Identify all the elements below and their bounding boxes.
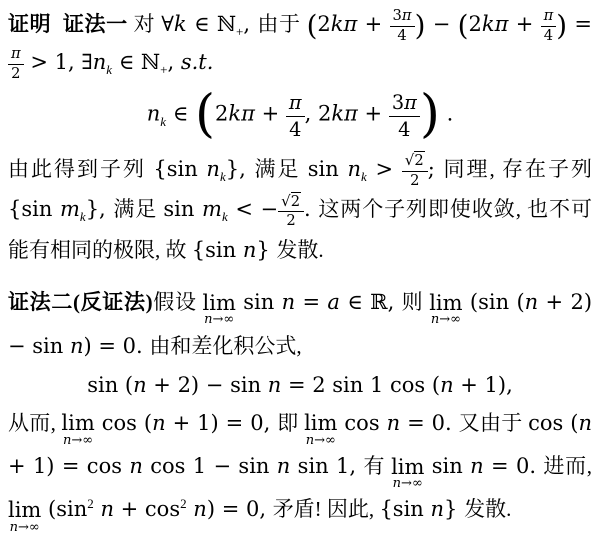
cjk-text: 有 [363, 454, 391, 478]
cjk-text: 假设 [153, 290, 203, 314]
math-text: ∈ [166, 102, 195, 126]
math-text: + [508, 12, 540, 36]
math-text: = 2 sin 1 cos ( [281, 373, 440, 397]
math-text: + 2) − sin [147, 373, 268, 397]
math-text: cos ( [95, 411, 152, 435]
math-variable: π [404, 91, 417, 114]
cjk-text: 满足 [254, 157, 307, 181]
limit-word: lim [429, 292, 462, 315]
math-text: {sin [379, 497, 430, 521]
cjk-text: 从而, [8, 411, 61, 435]
math-text: 2 [317, 12, 330, 36]
math-text: > [367, 157, 402, 181]
fraction: 3π4 [390, 7, 415, 45]
cjk-text: 同理, 存在子列 [443, 157, 592, 181]
math-text: sin ( [87, 373, 133, 397]
right-paren: ) [415, 9, 426, 42]
math-text: = [295, 290, 327, 314]
fraction-denominator: 2 [402, 172, 428, 190]
fraction-denominator: 2 [8, 65, 24, 83]
math-variable: n [525, 290, 539, 314]
limit-operator: limn→∞ [8, 499, 41, 534]
limit-word: lim [203, 292, 236, 315]
cjk-text: 又由于 [459, 411, 528, 435]
math-text: = [567, 12, 592, 36]
left-paren: ( [458, 9, 469, 42]
math-variable: n [206, 157, 220, 181]
math-text: > 1, ∃ [24, 50, 93, 74]
math-text: . [304, 197, 318, 221]
fraction: π2 [8, 45, 24, 83]
math-variable: π [289, 91, 302, 114]
fraction: √22 [278, 192, 304, 231]
method2-label: 证法二(反证法) [8, 290, 153, 314]
math-variable: a [327, 290, 340, 314]
math-text: {sin [8, 197, 60, 221]
math-text: . [440, 102, 453, 126]
math-variable: kπ [331, 12, 358, 36]
math-text: sin [308, 157, 348, 181]
fraction-denominator: 4 [286, 117, 305, 142]
math-text: (sin [41, 497, 87, 521]
math-variable: kπ [331, 102, 358, 126]
display-equation-interval: nk ∈ (2kπ + π4, 2kπ + 3π4) . [8, 89, 592, 142]
math-text: sin [236, 290, 282, 314]
cjk-text: 由此得到子列 [8, 157, 153, 181]
math-variable: n [277, 454, 291, 478]
math-variable: n [133, 373, 147, 397]
math-text: + 1) = 0, [166, 411, 278, 435]
math-text: {sin [192, 238, 243, 262]
math-text: + cos [114, 497, 180, 521]
math-text: + [255, 102, 286, 126]
math-text: {sin [153, 157, 206, 181]
limit-subscript: n→∞ [8, 521, 41, 534]
math-variable: n [129, 454, 143, 478]
math-text: sin [163, 197, 202, 221]
math-variable: n [268, 373, 282, 397]
radical-icon: √ [281, 192, 291, 210]
fraction-numerator: π [286, 90, 305, 116]
math-text: < − [228, 197, 278, 221]
cjk-text: 发散. [464, 497, 511, 521]
forall-symbol: ∀ [161, 12, 174, 36]
cjk-text: 即 [277, 411, 304, 435]
math-text: − [425, 12, 457, 36]
math-variable: n [243, 238, 257, 262]
math-variable: n [431, 497, 445, 521]
math-text: + 1), [454, 373, 513, 397]
math-variable: n [440, 373, 454, 397]
cjk-text: 满足 [113, 197, 163, 221]
limit-subscript: n→∞ [304, 434, 337, 447]
math-variable: n [94, 497, 114, 521]
math-variable: kπ [228, 102, 255, 126]
radical-icon: √ [405, 151, 415, 169]
fraction-numerator: π [8, 45, 24, 64]
math-text: = 0. [484, 454, 544, 478]
limit-word: lim [8, 499, 41, 522]
math-text: (sin ( [463, 290, 525, 314]
math-variable: m [60, 197, 80, 221]
math-text: 2 [468, 12, 481, 36]
math-text: ; [428, 157, 444, 181]
math-variable: n [347, 157, 361, 181]
math-variable: n [147, 102, 161, 126]
proof-label: 证明 [8, 12, 51, 36]
math-text: cos [337, 411, 386, 435]
limit-word: lim [304, 412, 337, 435]
fraction: π4 [541, 7, 557, 45]
math-variable: m [202, 197, 222, 221]
math-variable: kπ [482, 12, 509, 36]
limit-operator: limn→∞ [429, 292, 462, 327]
display-equation-product-formula: sin (n + 2) − sin n = 2 sin 1 cos (n + 1… [8, 374, 592, 397]
fraction-denominator: 4 [390, 27, 415, 45]
limit-operator: limn→∞ [304, 412, 337, 447]
cjk-text: 由于 [257, 12, 306, 36]
math-variable: n [70, 334, 84, 358]
fraction-denominator: 4 [541, 27, 557, 45]
math-text: ) = 0. [84, 334, 150, 358]
math-text: + 1) = cos [8, 454, 129, 478]
math-variable: n [93, 50, 107, 74]
math-variable: n [387, 411, 401, 435]
big-left-paren: ( [195, 84, 215, 144]
limit-subscript: n→∞ [429, 313, 462, 326]
math-text: 2 [215, 102, 228, 126]
math-text: }, [86, 197, 114, 221]
math-text: 3 [393, 7, 402, 24]
math-text: ∈ ℝ, [340, 290, 402, 314]
radicand: 2 [414, 151, 424, 169]
math-variable: π [544, 7, 554, 24]
math-text: , [305, 102, 318, 126]
math-text: 2 [318, 102, 331, 126]
fraction-numerator: 3π [390, 7, 415, 26]
method1-label: 证法一 [63, 12, 128, 36]
math-text: }, [226, 157, 255, 181]
math-text: sin [424, 454, 470, 478]
paragraph-method2: 证法二(反证法)假设 limn→∞ sin n = a ∈ ℝ, 则 limn→… [8, 283, 592, 365]
math-variable: n [578, 411, 592, 435]
math-text: 3 [392, 91, 404, 114]
cjk-text: 发散. [276, 238, 323, 262]
paragraph-subsequence-argument: 由此得到子列 {sin nk}, 满足 sin nk > √22; 同理, 存在… [8, 150, 592, 271]
math-text: + [358, 102, 389, 126]
cjk-text: 矛盾! 因此, [273, 497, 380, 521]
math-text: , [243, 12, 257, 36]
radicand: 2 [291, 192, 301, 210]
fraction-numerator: 3π [389, 90, 420, 116]
math-text: + [357, 12, 389, 36]
fraction: 3π4 [389, 90, 420, 141]
math-variable: n [152, 411, 166, 435]
limit-word: lim [61, 412, 94, 435]
limit-subscript: n→∞ [61, 434, 94, 447]
limit-operator: limn→∞ [391, 456, 424, 491]
math-text: sin 1, [290, 454, 363, 478]
fraction-denominator: 4 [389, 117, 420, 142]
math-variable: k [174, 12, 187, 36]
limit-subscript: n→∞ [203, 313, 236, 326]
math-text: ∈ ℕ [187, 12, 236, 36]
math-variable: n [187, 497, 207, 521]
math-text: cos ( [528, 411, 578, 435]
paragraph-proof-method1: 证明证法一 对 ∀k ∈ ℕ+, 由于 (2kπ + 3π4) − (2kπ +… [8, 7, 592, 83]
cjk-text: 对 [128, 12, 161, 36]
math-variable: n [282, 290, 296, 314]
math-text: ∈ ℕ [112, 50, 160, 74]
fraction: √22 [402, 151, 428, 190]
limit-operator: limn→∞ [203, 292, 236, 327]
cjk-text: 进而, [543, 454, 592, 478]
math-text: cos 1 − sin [143, 454, 277, 478]
fraction: π4 [286, 90, 305, 141]
fraction-numerator: √2 [278, 192, 304, 212]
proof-document: 证明证法一 对 ∀k ∈ ℕ+, 由于 (2kπ + 3π4) − (2kπ +… [0, 0, 600, 539]
math-variable: n [470, 454, 484, 478]
right-paren: ) [556, 9, 567, 42]
fraction-numerator: √2 [402, 151, 428, 171]
math-text: , [167, 50, 180, 74]
cjk-text: 则 [402, 290, 430, 314]
limit-subscript: n→∞ [391, 477, 424, 490]
math-text: = 0. [400, 411, 459, 435]
fraction-numerator: π [541, 7, 557, 26]
paragraph-contradiction: 从而, limn→∞ cos (n + 1) = 0, 即 limn→∞ cos… [8, 404, 592, 534]
cjk-text: 由和差化积公式, [149, 334, 301, 358]
math-text: } [256, 238, 276, 262]
big-right-paren: ) [420, 84, 440, 144]
fraction-denominator: 2 [278, 212, 304, 230]
math-text: ) = 0, [207, 497, 273, 521]
left-paren: ( [307, 9, 318, 42]
math-text-st: s.t. [181, 50, 214, 74]
limit-word: lim [391, 456, 424, 479]
limit-operator: limn→∞ [61, 412, 94, 447]
math-variable: π [11, 45, 21, 62]
math-variable: π [402, 7, 412, 24]
math-text: } [444, 497, 464, 521]
